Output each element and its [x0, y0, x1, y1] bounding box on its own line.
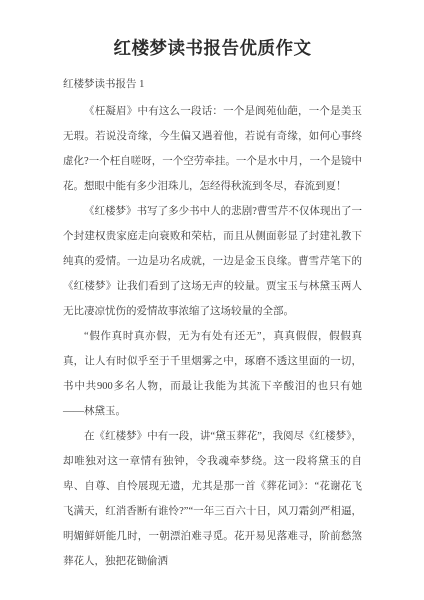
paragraph-3: “假作真时真亦假，无为有处有还无”，真真假假，假假真真，让人有时似乎至于千里烟雾…	[63, 324, 362, 424]
document-page: 红楼梦读书报告优质作文 红楼梦读书报告 1 《枉凝眉》中有这么一段话：一个是阆苑…	[0, 0, 424, 600]
paragraph-2: 《红楼梦》书写了多少书中人的悲剧?曹雪芹不仅体现出了一个封建权贵家庭走向衰败和荣…	[63, 199, 362, 324]
document-body: 《枉凝眉》中有这么一段话：一个是阆苑仙葩，一个是美玉无瑕。若说没奇缘，今生偏又遇…	[63, 99, 362, 574]
paragraph-1: 《枉凝眉》中有这么一段话：一个是阆苑仙葩，一个是美玉无瑕。若说没奇缘，今生偏又遇…	[63, 99, 362, 199]
paragraph-4: 在《红楼梦》中有一段，讲“黛玉葬花”，我阅尽《红楼梦》，却唯独对这一章情有独钟，…	[63, 424, 362, 574]
document-title: 红楼梦读书报告优质作文	[63, 36, 362, 60]
section-heading: 红楼梦读书报告 1	[63, 77, 362, 92]
